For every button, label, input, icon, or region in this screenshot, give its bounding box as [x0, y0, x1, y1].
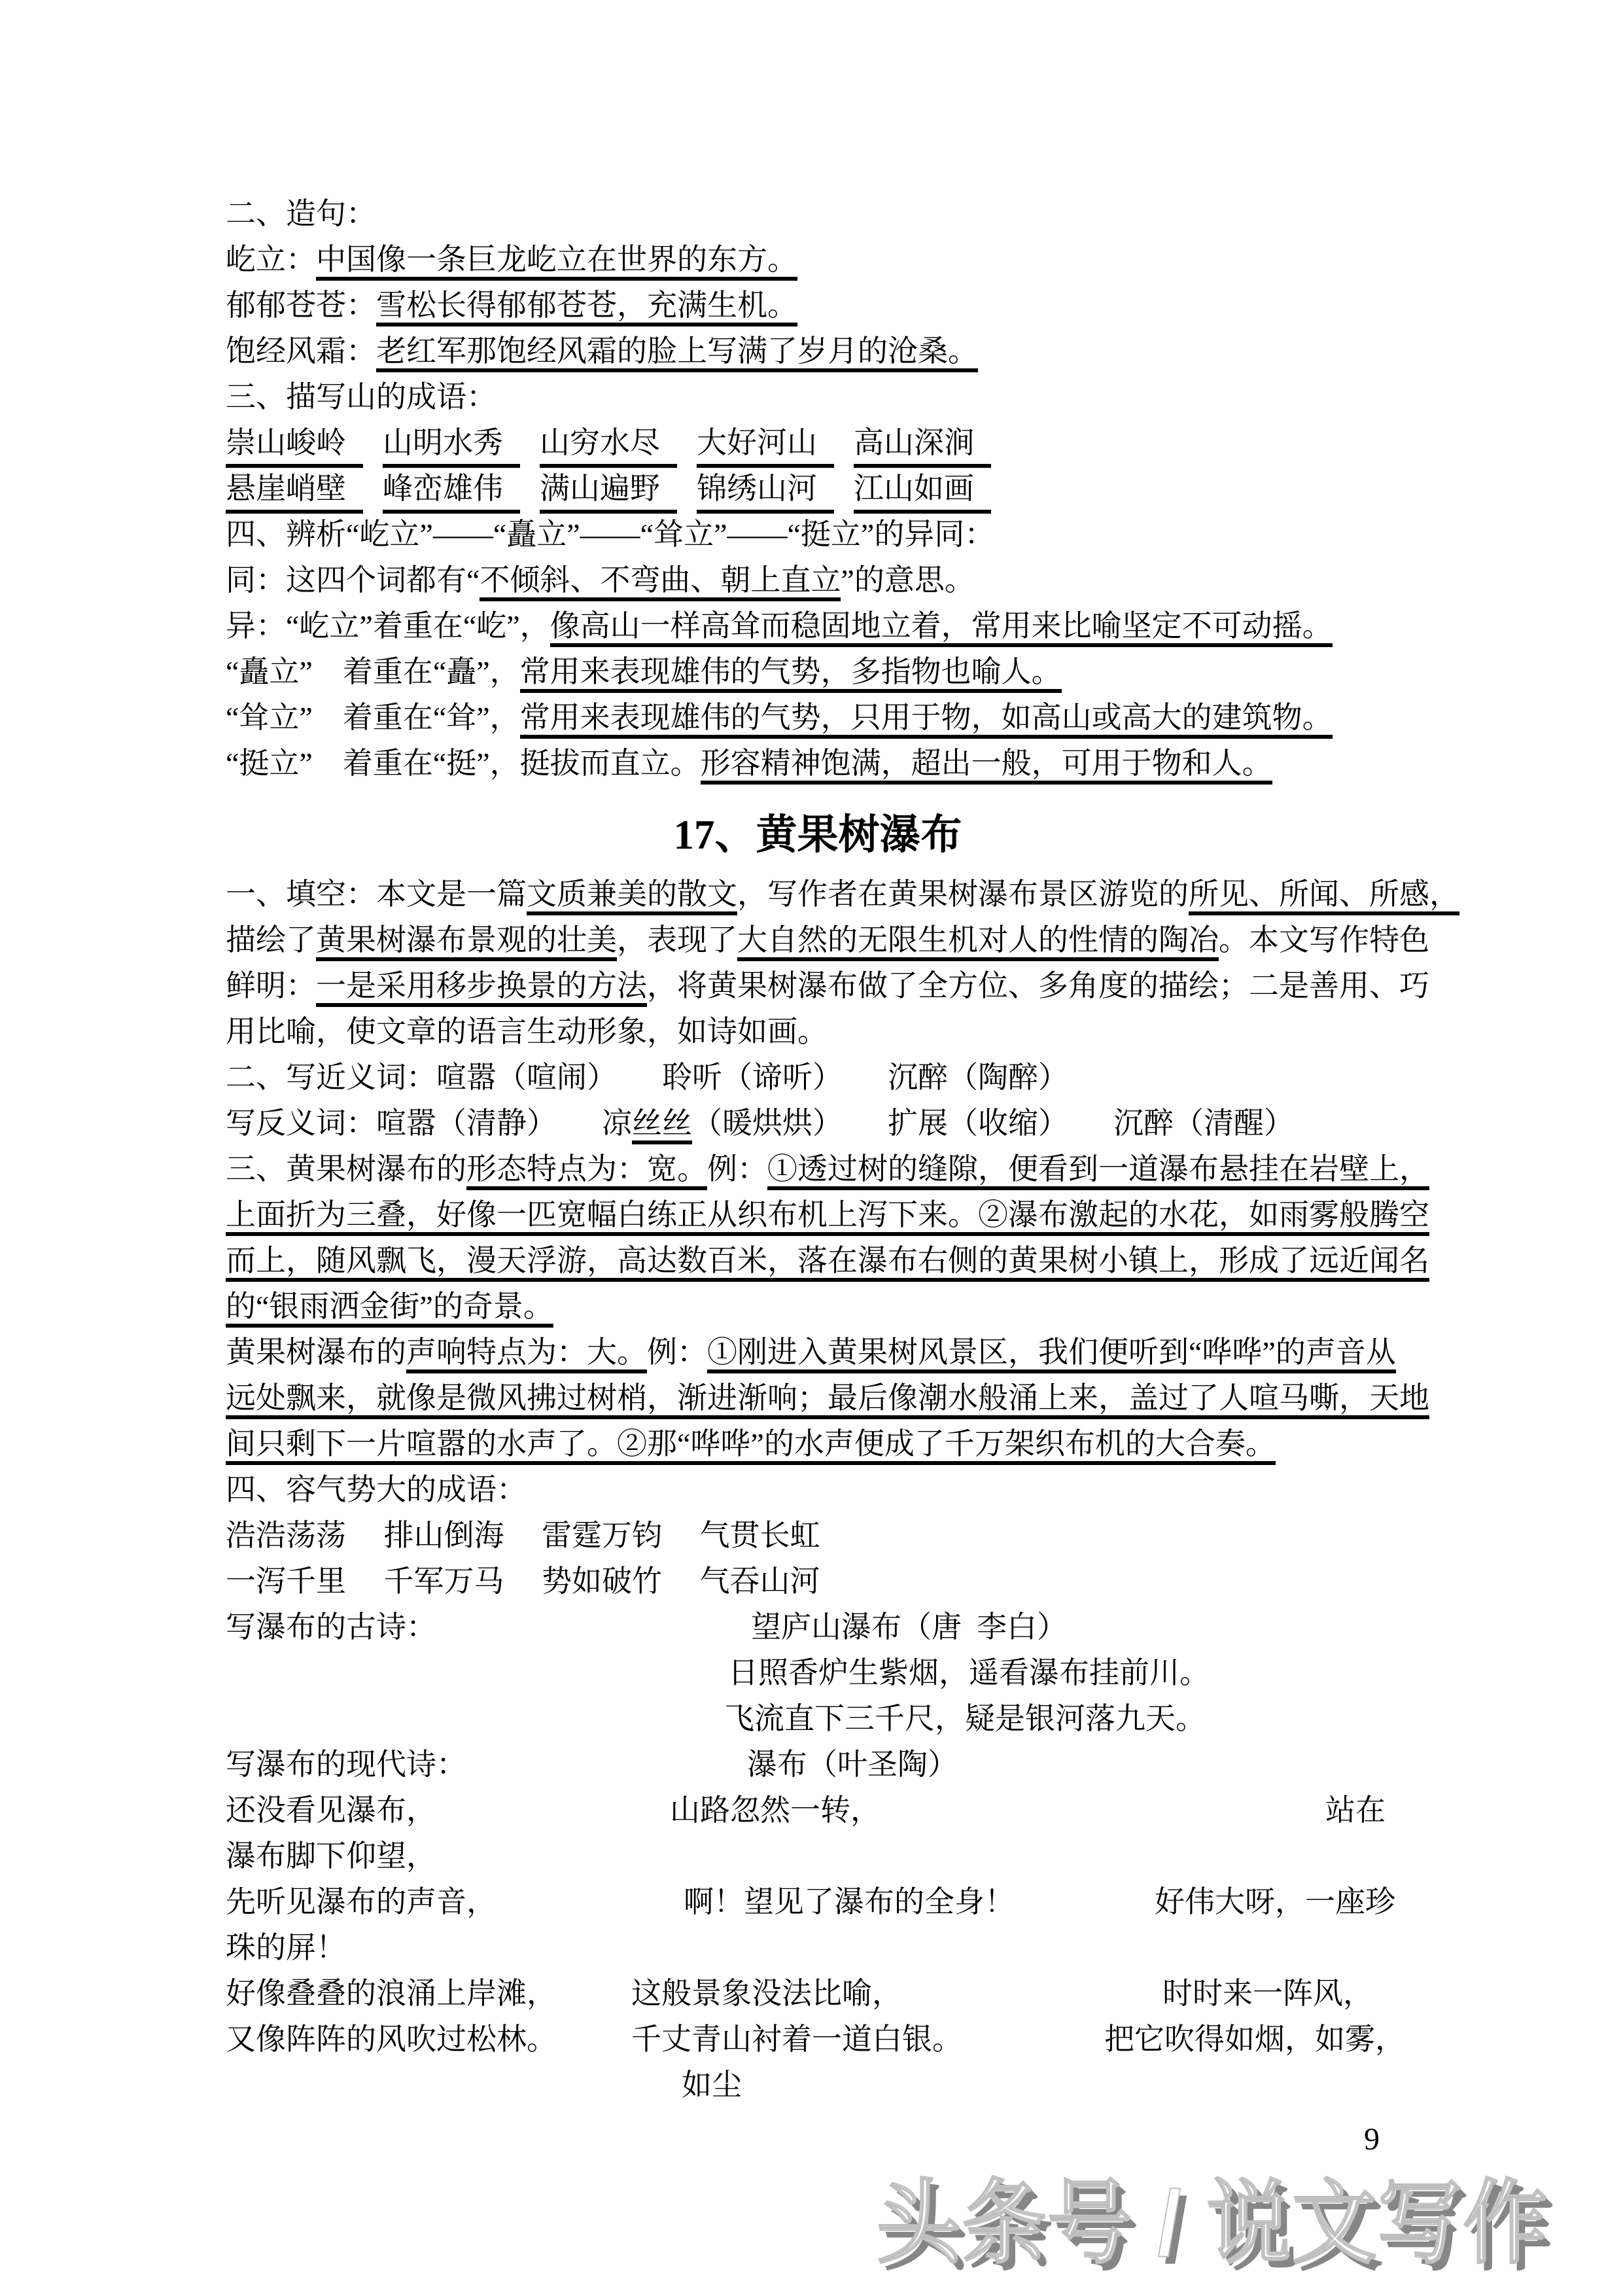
text-segment: 四、辨析“屹立”——“矗立”——“耸立”——“挺立”的异同：	[226, 518, 994, 551]
text-segment: 时时来一阵风，	[1162, 1971, 1373, 2017]
text-segment: 三、黄果树瀑布的	[226, 1152, 466, 1186]
text-segment: 飞流直下三千尺，疑是银河落九天。	[724, 1696, 1206, 1742]
underlined-text: 丝丝	[632, 1106, 692, 1144]
text-segment: 如尘	[682, 2062, 742, 2108]
page-number: 9	[1364, 2120, 1380, 2159]
text-line: 三、描写山的成语：	[226, 374, 1410, 420]
underlined-text: 老红军那饱经风霜的脸上写满了岁月的沧桑。	[376, 334, 978, 372]
text-segment: 先听见瀑布的声音，	[226, 1879, 497, 1925]
lesson-title: 17、黄果树瀑布	[226, 798, 1410, 872]
text-segment: 例：	[707, 1152, 767, 1186]
underlined-text: 上面折为三叠，好像一匹宽幅白练正从织布机上泻下来。②瀑布激起的水花，如雨雾般腾空	[226, 1198, 1429, 1236]
underlined-text: 一是采用移步换景的方法	[316, 969, 647, 1007]
text-segment: 用比喻，使文章的语言生动形象，如诗如画。	[226, 1015, 828, 1048]
underlined-text: 江山如画	[854, 468, 991, 514]
text-segment: “矗立” 着重在“矗”，	[226, 655, 520, 688]
underlined-text: 雪松长得郁郁苍苍，充满生机。	[376, 289, 797, 327]
underlined-text: 常用来表现雄伟的气势，多指物也喻人。	[520, 655, 1062, 693]
text-segment: 写瀑布的古诗：	[226, 1604, 436, 1650]
underlined-text: 形态特点为：宽。	[466, 1152, 707, 1190]
text-segment: 描绘了	[226, 923, 316, 957]
watermark: 头条号 / 说文写作	[877, 2171, 1548, 2276]
text-segment: 千丈青山衬着一道白银。	[631, 2017, 962, 2062]
text-segment: 还没看见瀑布，	[226, 1788, 436, 1833]
text-line: 二、写近义词：喧嚣（喧闹） 聆听（谛听） 沉醉（陶醉）	[226, 1055, 1410, 1101]
text-line: 饱经风霜：老红军那饱经风霜的脸上写满了岁月的沧桑。	[226, 328, 1410, 374]
page-content: 二、造句：屹立：中国像一条巨龙屹立在世界的东方。郁郁苍苍：雪松长得郁郁苍苍，充满…	[226, 191, 1410, 2108]
text-line: 四、辨析“屹立”——“矗立”——“耸立”——“挺立”的异同：	[226, 512, 1410, 557]
text-line: 瀑布脚下仰望，	[226, 1833, 1410, 1879]
text-segment: 二、写近义词：喧嚣（喧闹） 聆听（谛听） 沉醉（陶醉）	[226, 1061, 1068, 1094]
underlined-text: 山穷水尽	[540, 423, 677, 468]
text-segment: 一泻千里 千军万马 势如破竹 气吞山河	[226, 1564, 820, 1598]
underlined-text: 常用来表现雄伟的气势，只用于物，如高山或高大的建筑物。	[520, 701, 1333, 739]
underlined-text: ①透过树的缝隙，便看到一道瀑布悬挂在岩壁上，	[767, 1152, 1429, 1190]
underlined-text: 中国像一条巨龙屹立在世界的东方。	[316, 243, 797, 281]
text-segment: 屹立：	[226, 243, 316, 276]
text-segment: 把它吹得如烟，如雾，	[1104, 2017, 1405, 2062]
text-line: 描绘了黄果树瀑布景观的壮美，表现了大自然的无限生机对人的性情的陶冶。本文写作特色	[226, 917, 1410, 963]
text-line: 三、黄果树瀑布的形态特点为：宽。例：①透过树的缝隙，便看到一道瀑布悬挂在岩壁上，	[226, 1146, 1410, 1192]
text-segment: （暖烘烘） 扩展（收缩） 沉醉（清醒）	[692, 1106, 1294, 1140]
underlined-text: 间只剩下一片喧嚣的水声了。②那“哗哗”的水声便成了千万架织布机的大合奏。	[226, 1427, 1276, 1465]
text-line: 远处飘来，就像是微风拂过树梢，渐进渐响；最后像潮水般涌上来，盖过了人喧马嘶，天地	[226, 1375, 1410, 1421]
text-segment: 写反义词：喧嚣（清静） 凉	[226, 1106, 632, 1140]
text-line: 而上，随风飘飞，漫天浮游，高达数百米，落在瀑布右侧的黄果树小镇上，形成了远近闻名	[226, 1238, 1410, 1284]
text-segment: 山路忽然一转，	[670, 1788, 881, 1833]
underlined-text: 文质兼美的散文	[527, 877, 737, 915]
text-line: 的“银雨洒金街”的奇景。	[226, 1284, 1410, 1330]
text-line: 四、容气势大的成语：	[226, 1467, 1410, 1513]
text-segment: 二、造句：	[226, 197, 376, 230]
text-segment: 一、填空：本文是一篇	[226, 877, 527, 911]
text-line: 间只剩下一片喧嚣的水声了。②那“哗哗”的水声便成了千万架织布机的大合奏。	[226, 1421, 1410, 1467]
text-line: 二、造句：	[226, 191, 1410, 237]
text-segment: 三、描写山的成语：	[226, 380, 497, 414]
text-segment: 啊！望见了瀑布的全身！	[684, 1879, 1015, 1925]
text-segment: 四、容气势大的成语：	[226, 1473, 527, 1506]
underlined-text: 黄果树瀑布景观的壮美	[316, 923, 617, 961]
text-line: 飞流直下三千尺，疑是银河落九天。	[226, 1696, 1410, 1742]
underlined-text: 满山遍野	[540, 468, 677, 514]
underlined-text: 锦绣山河	[697, 468, 834, 514]
text-segment: 。本文写作特色	[1219, 923, 1429, 957]
text-line: 写瀑布的现代诗：瀑布（叶圣陶）	[226, 1742, 1410, 1788]
text-line: 上面折为三叠，好像一匹宽幅白练正从织布机上泻下来。②瀑布激起的水花，如雨雾般腾空	[226, 1192, 1410, 1238]
text-segment: ，写作者在黄果树瀑布景区游览的	[737, 877, 1189, 911]
text-line: 如尘	[226, 2062, 1410, 2108]
text-line: 同：这四个词都有“不倾斜、不弯曲、朝上直立”的意思。	[226, 557, 1410, 603]
text-line: 一、填空：本文是一篇文质兼美的散文，写作者在黄果树瀑布景区游览的所见、所闻、所感…	[226, 872, 1410, 917]
text-segment: 又像阵阵的风吹过松林。	[226, 2017, 557, 2062]
text-line: “耸立” 着重在“耸”，常用来表现雄伟的气势，只用于物，如高山或高大的建筑物。	[226, 695, 1410, 741]
underlined-text: 而上，随风飘飞，漫天浮游，高达数百米，落在瀑布右侧的黄果树小镇上，形成了远近闻名	[226, 1244, 1429, 1282]
text-line: 悬崖峭壁峰峦雄伟满山遍野锦绣山河江山如画	[226, 466, 1410, 512]
text-segment: 珠的屏！	[226, 1925, 346, 1971]
text-segment: 例：	[647, 1335, 707, 1369]
text-line: “挺立” 着重在“挺”，挺拔而直立。形容精神饱满，超出一般，可用于物和人。	[226, 741, 1410, 786]
text-segment: 瀑布脚下仰望，	[226, 1833, 436, 1879]
text-line: 屹立：中国像一条巨龙屹立在世界的东方。	[226, 237, 1410, 283]
text-line: 异：“屹立”着重在“屹”，像高山一样高耸而稳固地立着，常用来比喻坚定不可动摇。	[226, 603, 1410, 649]
text-segment: “耸立” 着重在“耸”，	[226, 701, 520, 734]
text-segment: 鲜明：	[226, 969, 316, 1002]
text-line: 写瀑布的古诗：望庐山瀑布（唐 李白）	[226, 1604, 1410, 1650]
underlined-text: 悬崖峭壁	[226, 468, 363, 514]
text-line: 珠的屏！	[226, 1925, 1410, 1971]
underlined-text: ①刚进入黄果树风景区，我们便听到“哗哗”的声音从	[707, 1335, 1396, 1373]
text-line: “矗立” 着重在“矗”，常用来表现雄伟的气势，多指物也喻人。	[226, 649, 1410, 695]
text-line: 崇山峻岭山明水秀山穷水尽大好河山高山深涧	[226, 420, 1410, 466]
underlined-text: 不倾斜、不弯曲、朝上直立	[480, 563, 841, 601]
text-segment: 这般景象没法比喻，	[631, 1971, 902, 2017]
text-line: 好像叠叠的浪涌上岸滩，这般景象没法比喻，时时来一阵风，	[226, 1971, 1410, 2017]
text-segment: 好伟大呀，一座珍	[1155, 1879, 1395, 1925]
text-segment: 浩浩荡荡 排山倒海 雷霆万钧 气贯长虹	[226, 1519, 820, 1552]
document-page: 二、造句：屹立：中国像一条巨龙屹立在世界的东方。郁郁苍苍：雪松长得郁郁苍苍，充满…	[0, 0, 1623, 2296]
text-line: 又像阵阵的风吹过松林。千丈青山衬着一道白银。把它吹得如烟，如雾，	[226, 2017, 1410, 2062]
text-line: 写反义词：喧嚣（清静） 凉丝丝（暖烘烘） 扩展（收缩） 沉醉（清醒）	[226, 1101, 1410, 1146]
text-segment: ”的意思。	[841, 563, 974, 597]
underlined-text: 声响特点为：大。	[406, 1335, 647, 1373]
text-line: 鲜明：一是采用移步换景的方法，将黄果树瀑布做了全方位、多角度的描绘；二是善用、巧	[226, 963, 1410, 1009]
underlined-text: 远处飘来，就像是微风拂过树梢，渐进渐响；最后像潮水般涌上来，盖过了人喧马嘶，天地	[226, 1381, 1429, 1419]
underlined-text: 崇山峻岭	[226, 423, 363, 468]
text-segment: 17、黄果树瀑布	[674, 812, 962, 858]
underlined-text: 形容精神饱满，超出一般，可用于物和人。	[701, 747, 1272, 785]
text-segment: “挺立” 着重在“挺”，挺拔而直立。	[226, 747, 701, 780]
text-segment: 瀑布（叶圣陶）	[747, 1742, 958, 1788]
text-line: 浩浩荡荡 排山倒海 雷霆万钧 气贯长虹	[226, 1513, 1410, 1559]
text-line: 还没看见瀑布，山路忽然一转，站在	[226, 1788, 1410, 1833]
underlined-text: 像高山一样高耸而稳固地立着，常用来比喻坚定不可动摇。	[550, 609, 1333, 647]
text-segment: 饱经风霜：	[226, 334, 376, 368]
underlined-text: 大好河山	[697, 423, 834, 468]
text-segment: ，表现了	[617, 923, 737, 957]
text-line: 先听见瀑布的声音，啊！望见了瀑布的全身！好伟大呀，一座珍	[226, 1879, 1410, 1925]
text-line: 用比喻，使文章的语言生动形象，如诗如画。	[226, 1009, 1410, 1055]
underlined-text: 山明水秀	[383, 423, 520, 468]
underlined-text: 所见、所闻、所感，	[1189, 877, 1459, 915]
underlined-text: 高山深涧	[854, 423, 991, 468]
text-line: 日照香炉生紫烟，遥看瀑布挂前川。	[226, 1650, 1410, 1696]
text-segment: 写瀑布的现代诗：	[226, 1742, 466, 1788]
text-segment: ，将黄果树瀑布做了全方位、多角度的描绘；二是善用、巧	[647, 969, 1429, 1002]
text-segment: 异：“屹立”着重在“屹”，	[226, 609, 550, 643]
text-line: 一泻千里 千军万马 势如破竹 气吞山河	[226, 1559, 1410, 1604]
text-segment: 日照香炉生紫烟，遥看瀑布挂前川。	[728, 1650, 1210, 1696]
underlined-text: 峰峦雄伟	[383, 468, 520, 514]
text-segment: 同：这四个词都有“	[226, 563, 480, 597]
underlined-text: 的“银雨洒金街”的奇景。	[226, 1290, 553, 1328]
text-segment: 好像叠叠的浪涌上岸滩，	[226, 1971, 557, 2017]
text-segment: 郁郁苍苍：	[226, 289, 376, 322]
text-segment: 黄果树瀑布的	[226, 1335, 406, 1369]
underlined-text: 大自然的无限生机对人的性情的陶冶	[737, 923, 1219, 961]
text-line: 黄果树瀑布的声响特点为：大。例：①刚进入黄果树风景区，我们便听到“哗哗”的声音从	[226, 1330, 1410, 1375]
text-segment: 望庐山瀑布（唐 李白）	[751, 1604, 1067, 1650]
text-segment: 站在	[1325, 1788, 1386, 1833]
text-line: 郁郁苍苍：雪松长得郁郁苍苍，充满生机。	[226, 283, 1410, 328]
